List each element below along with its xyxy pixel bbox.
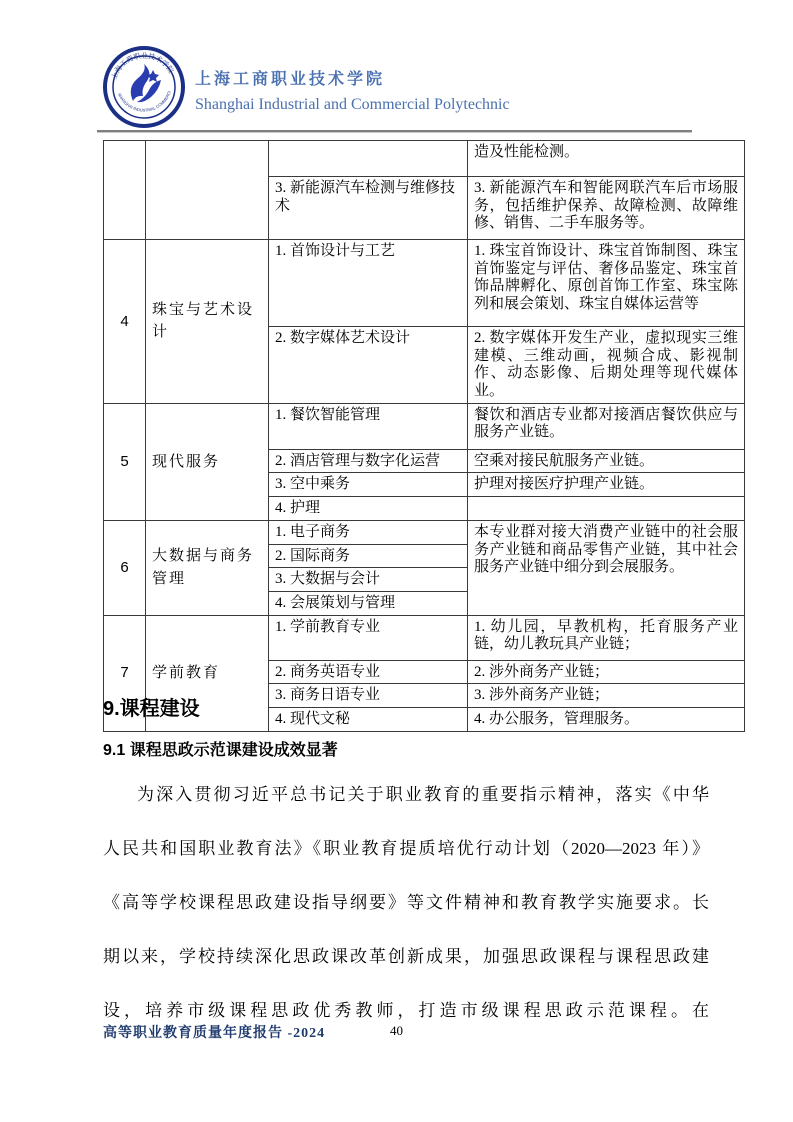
- header-divider: [97, 130, 692, 133]
- major-cell: 2. 酒店管理与数字化运营: [269, 449, 468, 473]
- section-subheading: 9.1 课程思政示范课建设成效显著: [103, 737, 338, 760]
- table-row: 6 大数据与商务管理 1. 电子商务 本专业群对接大消费产业链中的社会服务产业链…: [104, 520, 745, 544]
- paragraph-line: 为深入贯彻习近平总书记关于职业教育的重要指示精神，落实《中华: [103, 768, 709, 822]
- industry-desc-cell: 空乘对接民航服务产业链。: [468, 449, 745, 473]
- table-row: 7 学前教育 1. 学前教育专业 1. 幼儿园，早教机构，托育服务产业链，幼儿教…: [104, 615, 745, 660]
- group-no-cell: 5: [104, 403, 146, 520]
- major-cell: 1. 电子商务: [269, 520, 468, 544]
- section-heading: 9.课程建设: [103, 692, 200, 721]
- group-name-cell: 大数据与商务管理: [146, 520, 269, 615]
- industry-desc-cell: 1. 珠宝首饰设计、珠宝首饰制图、珠宝首饰鉴定与评估、奢侈品鉴定、珠宝首饰品牌孵…: [468, 240, 745, 327]
- paragraph-line: 人民共和国职业教育法》《职业教育提质培优行动计划（2020—2023 年）》: [103, 822, 709, 876]
- paragraph-line: 期以来，学校持续深化思政课改革创新成果，加强思政课程与课程思政建: [103, 930, 709, 984]
- industry-desc-cell: 2. 涉外商务产业链；: [468, 660, 745, 684]
- table-row: 4 珠宝与艺术设计 1. 首饰设计与工艺 1. 珠宝首饰设计、珠宝首饰制图、珠宝…: [104, 240, 745, 327]
- industry-desc-cell: 护理对接医疗护理产业链。: [468, 473, 745, 497]
- group-name-cell: 珠宝与艺术设计: [146, 240, 269, 404]
- industry-desc-cell: [468, 497, 745, 521]
- table-row: 造及性能检测。: [104, 141, 745, 177]
- industry-desc-cell: 造及性能检测。: [468, 141, 745, 177]
- major-cell: 1. 学前教育专业: [269, 615, 468, 660]
- page-footer: 40 高等职业教育质量年度报告 -2024: [0, 1020, 793, 1044]
- industry-desc-cell: 3. 涉外商务产业链；: [468, 684, 745, 708]
- major-cell: 4. 现代文秘: [269, 707, 468, 731]
- school-logo: 上海工商职业技术学院 SHANGHAI INDUSTRIAL COMMERCIA…: [103, 46, 185, 128]
- industry-desc-cell: 2. 数字媒体开发生产业，虚拟现实三维建模、三维动画，视频合成、影视制作、动态影…: [468, 327, 745, 404]
- major-cell: 2. 国际商务: [269, 544, 468, 568]
- group-no-cell: 4: [104, 240, 146, 404]
- major-cell: [269, 141, 468, 177]
- major-cell: 4. 护理: [269, 497, 468, 521]
- major-cell: 4. 会展策划与管理: [269, 591, 468, 615]
- major-cell: 3. 大数据与会计: [269, 568, 468, 592]
- footer-report-title: 高等职业教育质量年度报告 -2024: [103, 1022, 325, 1042]
- major-cell: 3. 空中乘务: [269, 473, 468, 497]
- group-no-cell: 6: [104, 520, 146, 615]
- industry-desc-cell: 1. 幼儿园，早教机构，托育服务产业链，幼儿教玩具产业链；: [468, 615, 745, 660]
- paragraph-line: 《高等学校课程思政建设指导纲要》等文件精神和教育教学实施要求。长: [103, 876, 709, 930]
- school-name-en: Shanghai Industrial and Commercial Polyt…: [195, 96, 510, 114]
- major-cell: 3. 新能源汽车检测与维修技术: [269, 177, 468, 240]
- major-cell: 1. 首饰设计与工艺: [269, 240, 468, 327]
- industry-desc-cell: 餐饮和酒店专业都对接酒店餐饮供应与服务产业链。: [468, 403, 745, 449]
- major-cell: 1. 餐饮智能管理: [269, 403, 468, 449]
- major-cell: 2. 数字媒体艺术设计: [269, 327, 468, 404]
- major-cell: 2. 商务英语专业: [269, 660, 468, 684]
- table-row: 5 现代服务 1. 餐饮智能管理 餐饮和酒店专业都对接酒店餐饮供应与服务产业链。: [104, 403, 745, 449]
- school-name-zh: 上海工商职业技术学院: [195, 66, 510, 89]
- major-groups-table: 造及性能检测。 3. 新能源汽车检测与维修技术 3. 新能源汽车和智能网联汽车后…: [103, 140, 745, 732]
- industry-desc-cell: 3. 新能源汽车和智能网联汽车后市场服务，包括维护保养、故障检测、故障维修、销售…: [468, 177, 745, 240]
- school-logo-emblem: 上海工商职业技术学院 SHANGHAI INDUSTRIAL COMMERCIA…: [103, 46, 185, 128]
- industry-desc-cell: 本专业群对接大消费产业链中的社会服务产业链和商品零售产业链，其中社会服务产业链中…: [468, 520, 745, 615]
- group-name-cell: [146, 141, 269, 240]
- body-paragraph: 为深入贯彻习近平总书记关于职业教育的重要指示精神，落实《中华 人民共和国职业教育…: [103, 768, 709, 1038]
- document-page: 上海工商职业技术学院 SHANGHAI INDUSTRIAL COMMERCIA…: [0, 0, 793, 1122]
- group-no-cell: [104, 141, 146, 240]
- major-cell: 3. 商务日语专业: [269, 684, 468, 708]
- industry-desc-cell: 4. 办公服务，管理服务。: [468, 707, 745, 731]
- group-name-cell: 现代服务: [146, 403, 269, 520]
- header-text-block: 上海工商职业技术学院 Shanghai Industrial and Comme…: [195, 66, 510, 114]
